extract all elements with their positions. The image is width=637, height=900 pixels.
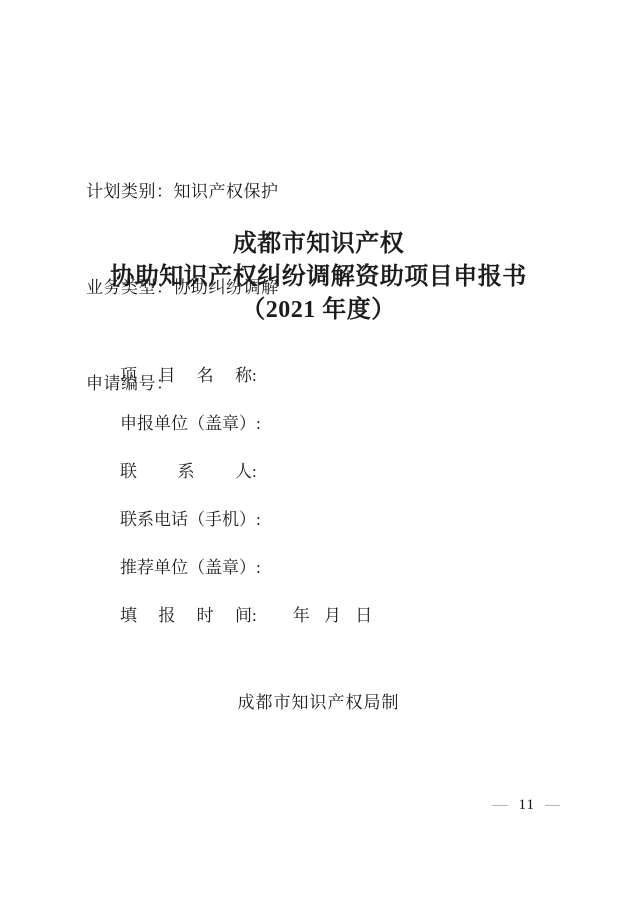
field-contact-phone: 联系电话（手机）: [120, 496, 372, 544]
field-colon: : [256, 558, 261, 577]
title-line-1: 成都市知识产权 [0, 228, 637, 261]
field-colon: : [256, 414, 261, 433]
date-placeholder: 年 月 日 [293, 592, 373, 640]
field-recommending-unit: 推荐单位（盖章）: [120, 544, 372, 592]
field-label: 申报单位（盖章） [120, 400, 256, 448]
document-title: 成都市知识产权 协助知识产权纠纷调解资助项目申报书 （2021 年度） [0, 228, 637, 327]
page-number-value: 11 [509, 797, 545, 813]
field-applicant-unit: 申报单位（盖章）: [120, 400, 372, 448]
field-colon: : [256, 510, 261, 529]
field-colon: : [252, 462, 257, 481]
field-contact-person: 联系人: [120, 448, 372, 496]
form-fields: 项目名称: 申报单位（盖章）: 联系人: 联系电话（手机）: 推荐单位（盖章）:… [120, 352, 372, 640]
document-page: 计划类别：知识产权保护 业务类型：协助纠纷调解 申请编号： 成都市知识产权 协助… [0, 0, 637, 900]
field-label: 填报时间 [120, 592, 252, 640]
title-line-3: （2021 年度） [0, 294, 637, 327]
field-project-name: 项目名称: [120, 352, 372, 400]
field-colon: : [252, 606, 257, 625]
title-line-2: 协助知识产权纠纷调解资助项目申报书 [0, 261, 637, 294]
field-fill-date: 填报时间:年 月 日 [120, 592, 372, 640]
page-number-dash-left: — [493, 797, 509, 813]
plan-category-line: 计划类别：知识产权保护 [86, 176, 279, 208]
field-colon: : [252, 366, 257, 385]
field-label: 项目名称 [120, 352, 252, 400]
page-number-dash-right: — [545, 797, 561, 813]
publisher-line: 成都市知识产权局制 [0, 688, 637, 713]
page-number: —11— [493, 797, 561, 814]
field-label: 联系电话（手机） [120, 496, 256, 544]
field-label: 联系人 [120, 448, 252, 496]
field-label: 推荐单位（盖章） [120, 544, 256, 592]
